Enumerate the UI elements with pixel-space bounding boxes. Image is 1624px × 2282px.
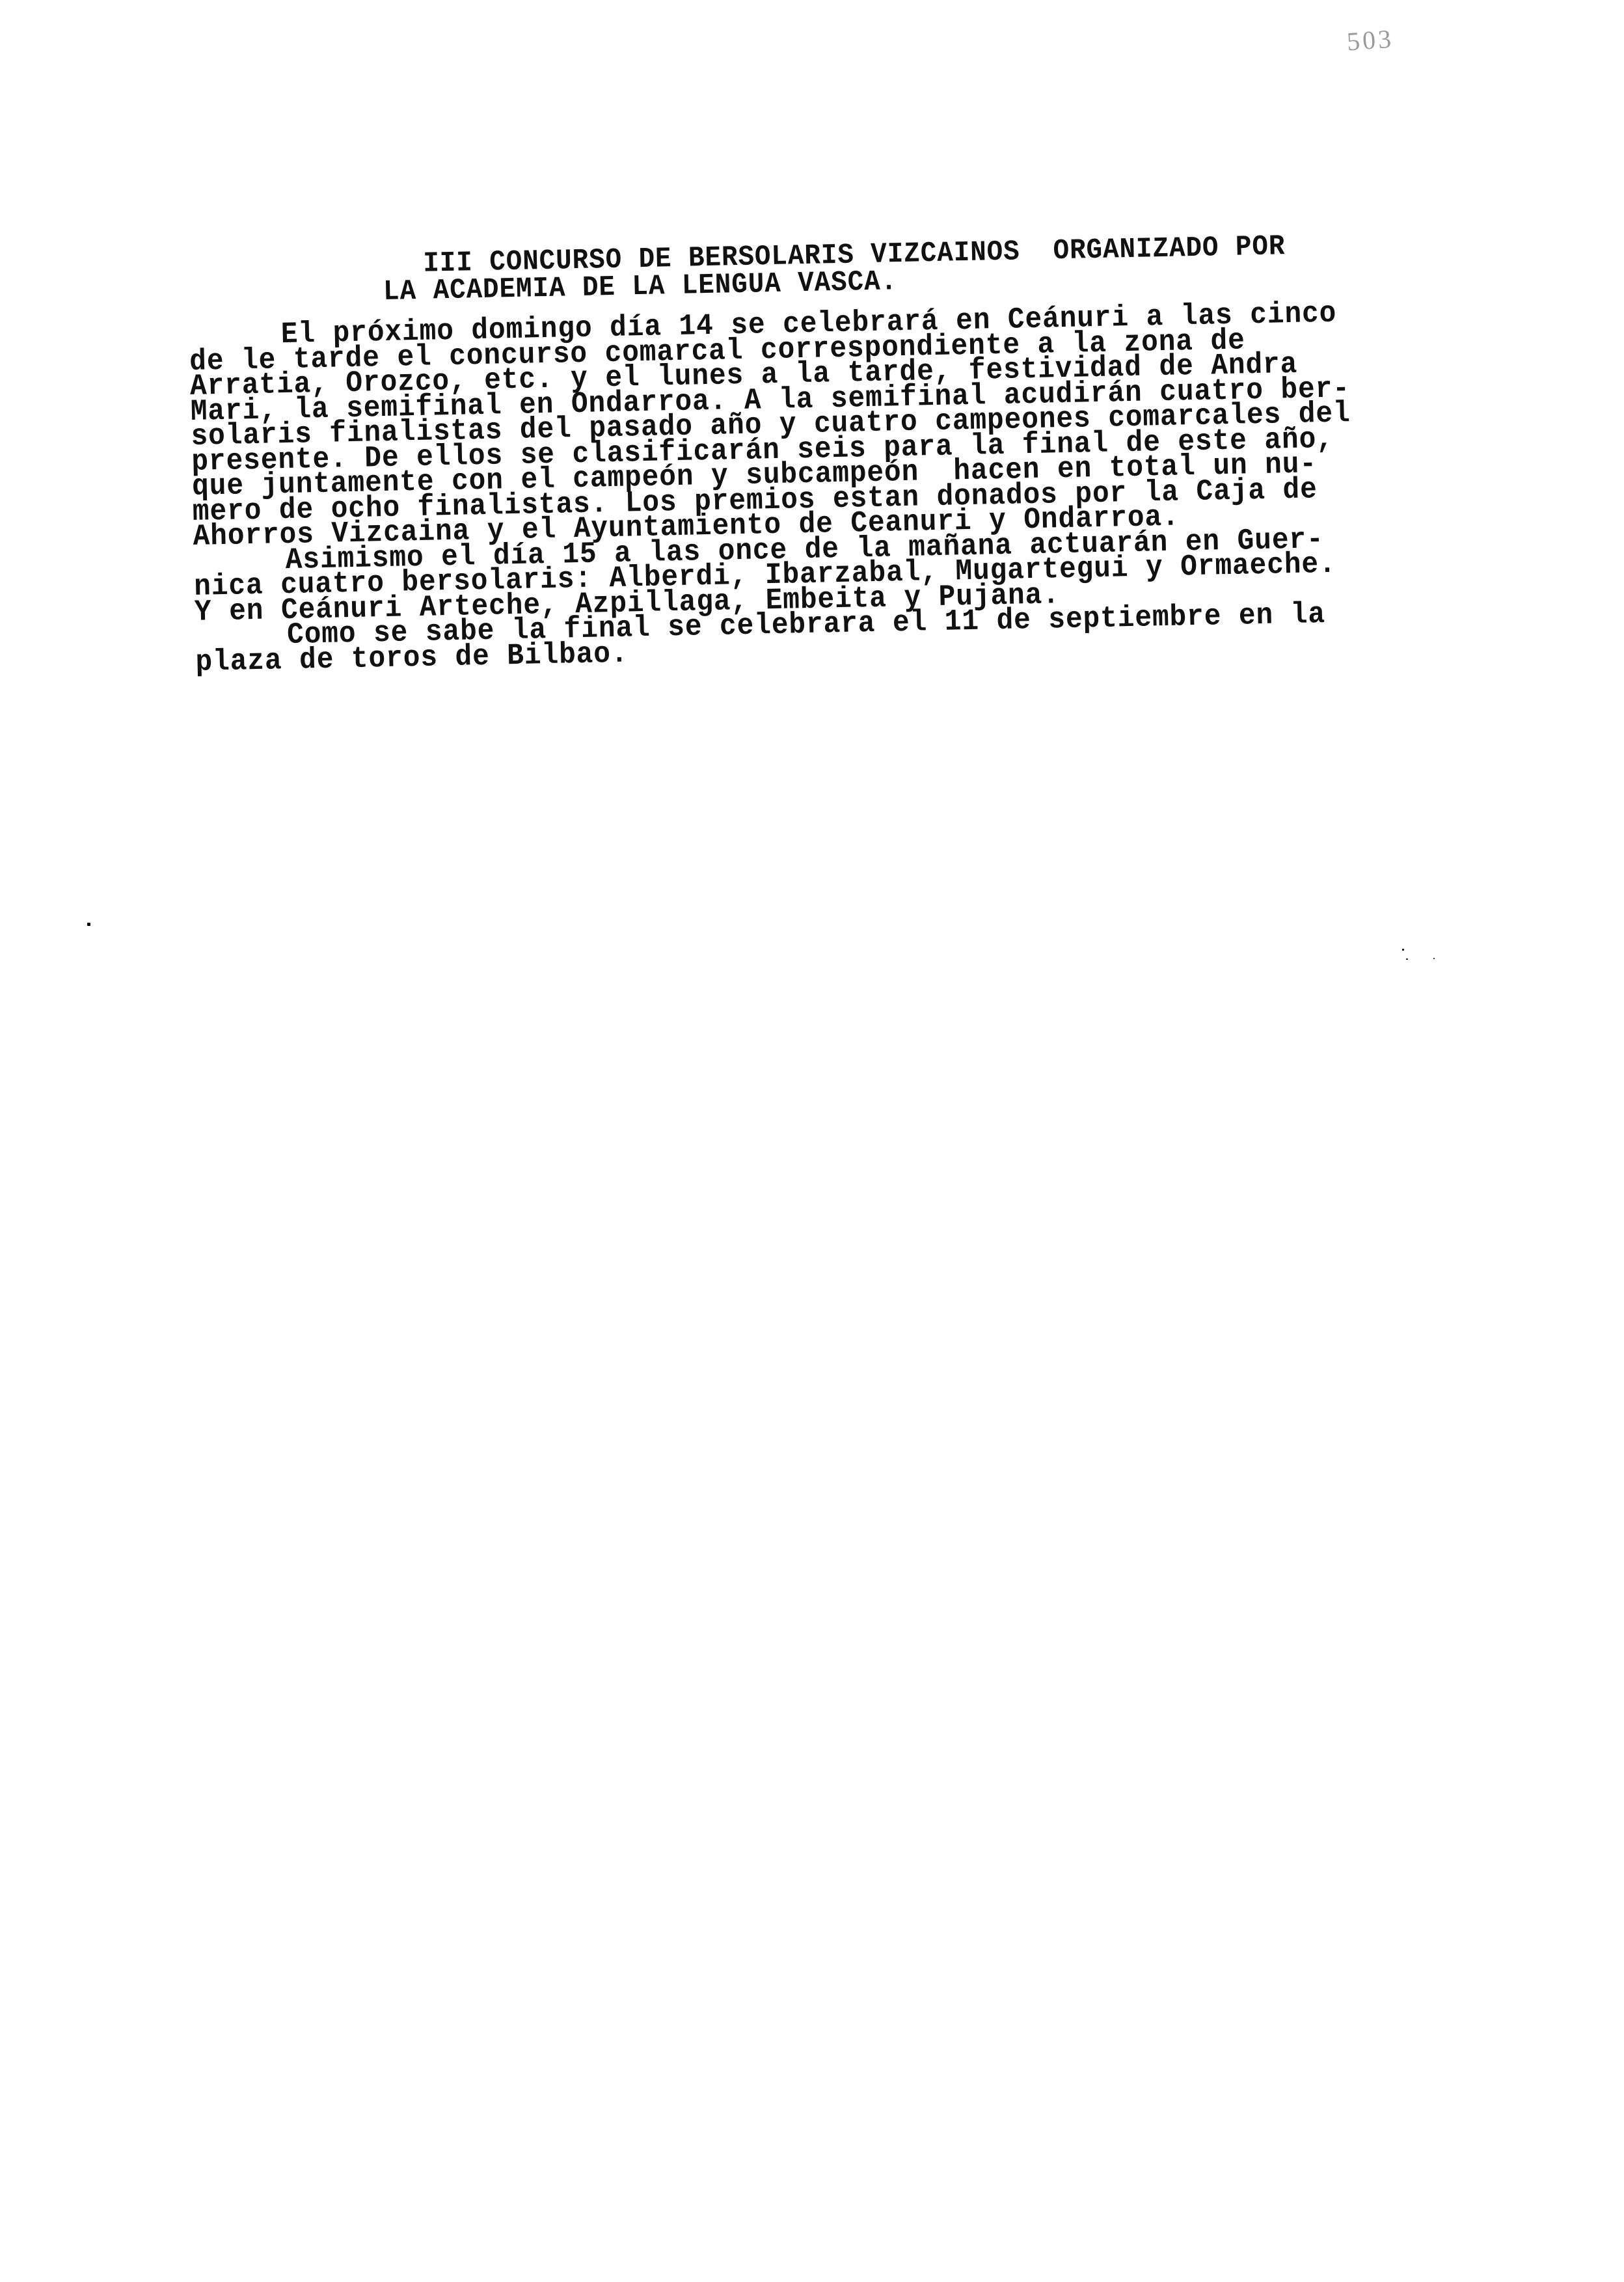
paragraph-contest-schedule: El próximo domingo día 14 se celebrará e…	[189, 297, 1527, 550]
typed-article: III CONCURSO DE BERSOLARIS VIZCAINOS ORG…	[187, 228, 1530, 675]
scan-speck	[1433, 958, 1435, 959]
handwritten-page-number: 503	[1346, 23, 1394, 57]
scan-speck	[1402, 949, 1404, 951]
scan-speck	[87, 923, 90, 926]
scan-speck	[1406, 958, 1408, 960]
